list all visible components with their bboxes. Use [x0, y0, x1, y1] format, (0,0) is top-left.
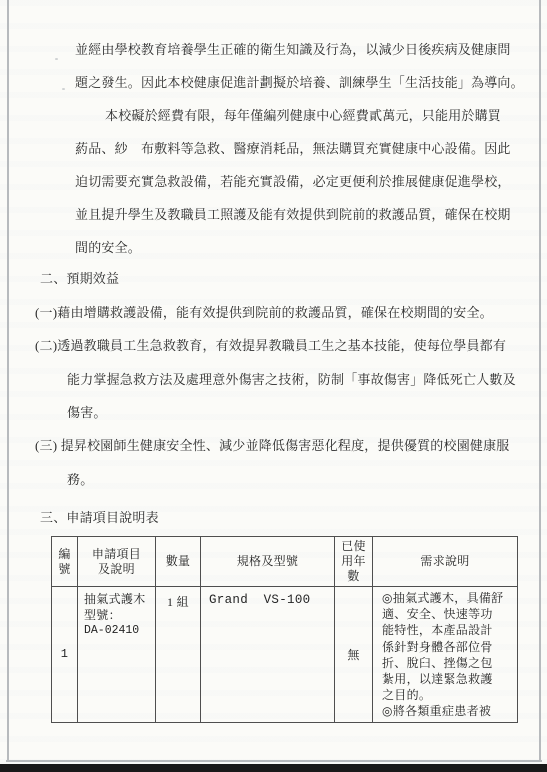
scan-speck — [55, 58, 58, 60]
cell-item-description: 抽氣式護木 型號： DA-02410 — [78, 587, 156, 723]
cell-years-used: 無 — [335, 587, 373, 723]
body-text-line: 間的安全。 — [75, 239, 141, 256]
benefit-item-3-line1: (三) 提昇校園師生健康安全性、減少並降低傷害惡化程度，提供優質的校園健康服 — [35, 437, 510, 454]
benefit-item-2-line3: 傷害。 — [67, 404, 107, 421]
header-cell-quantity: 數量 — [156, 537, 201, 587]
header-cell-years-used: 已使 用年 數 — [335, 537, 373, 587]
body-text-line: 題之發生。因此本校健康促進計劃擬於培養、訓練學生「生活技能」為導向。 — [75, 74, 524, 91]
scan-edge-right-line — [539, 0, 541, 761]
benefit-item-3-line2: 務。 — [67, 471, 93, 488]
item-model-label: 型號： — [84, 607, 153, 623]
body-text-line: 迫切需要充實急救設備，若能充實設備，必定更便利於推展健康促進學校， — [75, 173, 511, 190]
cell-number: 1 — [52, 587, 78, 723]
requirement-paragraph-2: ◎將各類重症患者被 — [382, 703, 504, 719]
benefit-item-1: (一)藉由增購救護設備，能有效提供到院前的救護品質，確保在校期間的安全。 — [35, 304, 493, 321]
requirement-paragraph-1: ◎抽氣式護木，具備舒適、安全、快速等功能特性，本產品設計係針對身體各部位骨折、脫… — [382, 590, 504, 703]
section2-heading: 二、預期效益 — [40, 270, 119, 287]
header-cell-spec-model: 規格及型號 — [201, 537, 335, 587]
body-text-line: 並且提升學生及教職員工照護及能有效提供到院前的救護品質，確保在校期 — [75, 206, 511, 223]
benefit-item-2-line2: 能力掌握急救方法及處理意外傷害之技術，防制「事故傷害」降低死亡人數及 — [67, 371, 516, 388]
benefit-item-2-line1: (二)透過教職員工生急救教育，有效提昇教職員工生之基本技能，使每位學員都有 — [35, 337, 506, 354]
section3-heading: 三、申請項目說明表 — [40, 509, 159, 526]
cell-spec-model: Grand VS-100 — [201, 587, 335, 723]
header-cell-requirement: 需求說明 — [373, 537, 518, 587]
scan-edge-bottom-line — [6, 760, 542, 762]
scan-speck — [62, 88, 65, 90]
body-text-line: 並經由學校教育培養學生正確的衛生知識及行為，以減少日後疾病及健康問 — [75, 41, 511, 58]
cell-requirement-description: ◎抽氣式護木，具備舒適、安全、快速等功能特性，本產品設計係針對身體各部位骨折、脫… — [373, 587, 518, 723]
scanned-document-page: 並經由學校教育培養學生正確的衛生知識及行為，以減少日後疾病及健康問 題之發生。因… — [0, 0, 547, 772]
scan-edge-left-line — [7, 0, 9, 761]
item-model-number: DA-02410 — [84, 623, 153, 639]
cell-quantity: 1 組 — [156, 587, 201, 723]
header-cell-number: 編 號 — [52, 537, 78, 587]
scan-bottom-black-band — [0, 764, 547, 772]
table-header-row: 編 號 申請項目 及說明 數量 規格及型號 已使 用年 數 需求說明 — [52, 537, 518, 587]
body-text-line: 本校礙於經費有限，每年僅編列健康中心經費貳萬元，只能用於購買 — [105, 107, 501, 124]
table-row: 1 抽氣式護木 型號： DA-02410 1 組 Grand VS-100 無 … — [52, 587, 518, 723]
item-name: 抽氣式護木 — [84, 591, 153, 607]
body-text-line: 葯品、紗 布敷料等急救、醫療消耗品，無法購買充實健康中心設備。因此 — [75, 140, 511, 157]
application-items-table: 編 號 申請項目 及說明 數量 規格及型號 已使 用年 數 需求說明 — [51, 536, 518, 723]
header-cell-item: 申請項目 及說明 — [78, 537, 156, 587]
